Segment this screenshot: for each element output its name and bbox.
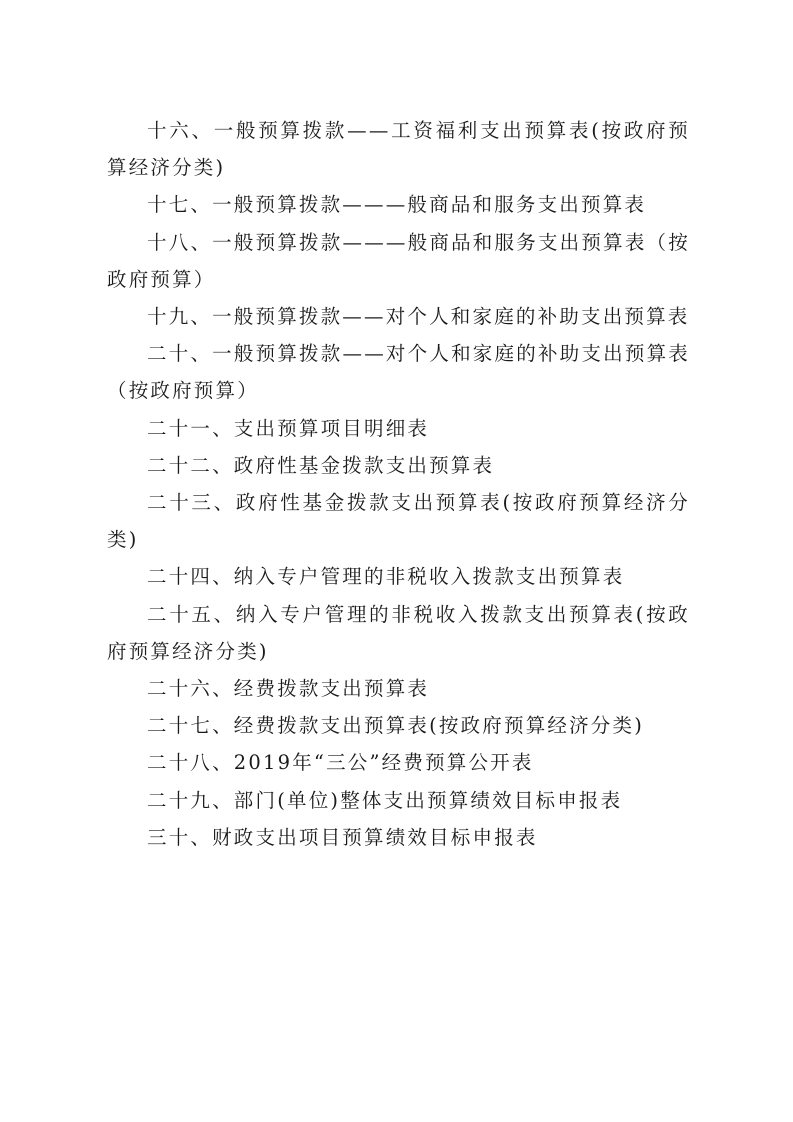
list-item: 十八、一般预算拨款———般商品和服务支出预算表（按政府预算） bbox=[107, 224, 690, 298]
list-item: 二十四、纳入专户管理的非税收入拨款支出预算表 bbox=[107, 558, 690, 595]
document-page: 十六、一般预算拨款——工资福利支出预算表(按政府预算经济分类) 十七、一般预算拨… bbox=[107, 112, 690, 856]
list-item: 十七、一般预算拨款———般商品和服务支出预算表 bbox=[107, 186, 690, 223]
list-item: 二十二、政府性基金拨款支出预算表 bbox=[107, 447, 690, 484]
list-item: 十九、一般预算拨款——对个人和家庭的补助支出预算表 bbox=[107, 298, 690, 335]
list-item: 三十、财政支出项目预算绩效目标申报表 bbox=[107, 819, 690, 856]
list-item: 二十、一般预算拨款——对个人和家庭的补助支出预算表（按政府预算） bbox=[107, 335, 690, 409]
list-item: 二十六、经费拨款支出预算表 bbox=[107, 670, 690, 707]
list-item: 二十一、支出预算项目明细表 bbox=[107, 410, 690, 447]
list-item: 二十三、政府性基金拨款支出预算表(按政府预算经济分类) bbox=[107, 484, 690, 558]
list-item: 二十八、2019年“三公”经费预算公开表 bbox=[107, 744, 690, 781]
list-item: 二十九、部门(单位)整体支出预算绩效目标申报表 bbox=[107, 782, 690, 819]
list-item: 二十五、纳入专户管理的非税收入拨款支出预算表(按政府预算经济分类) bbox=[107, 596, 690, 670]
list-item: 二十七、经费拨款支出预算表(按政府预算经济分类) bbox=[107, 707, 690, 744]
list-item: 十六、一般预算拨款——工资福利支出预算表(按政府预算经济分类) bbox=[107, 112, 690, 186]
